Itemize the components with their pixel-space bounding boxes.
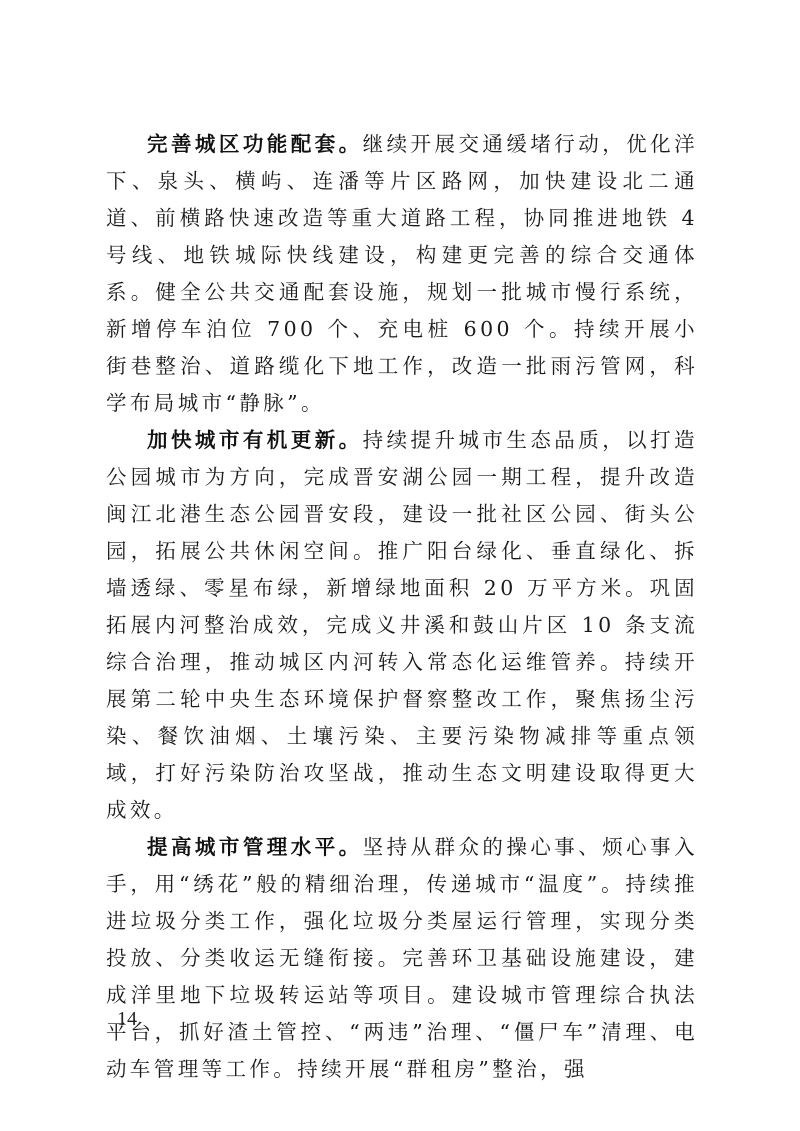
paragraph-urban-management: 提高城市管理水平。坚持从群众的操心事、烦心事入手，用“绣花”般的精细治理，传递城… [106,829,698,1088]
paragraph-text: 持续提升城市生态品质，以打造公园城市为方向，完成晋安湖公园一期工程，提升改造闽江… [106,428,698,822]
paragraph-heading: 完善城区功能配套。 [147,132,363,156]
paragraph-improve-urban-facilities: 完善城区功能配套。继续开展交通缓堵行动，优化洋下、泉头、横屿、连潘等片区路网，加… [106,126,698,422]
paragraph-text: 坚持从群众的操心事、烦心事入手，用“绣花”般的精细治理，传递城市“温度”。持续推… [106,835,698,1081]
paragraph-heading: 加快城市有机更新。 [147,428,363,452]
paragraph-urban-renewal: 加快城市有机更新。持续提升城市生态品质，以打造公园城市为方向，完成晋安湖公园一期… [106,422,698,829]
document-body: 完善城区功能配套。继续开展交通缓堵行动，优化洋下、泉头、横屿、连潘等片区路网，加… [106,126,698,1088]
paragraph-text: 继续开展交通缓堵行动，优化洋下、泉头、横屿、连潘等片区路网，加快建设北二通道、前… [106,132,698,415]
document-page: 完善城区功能配套。继续开展交通缓堵行动，优化洋下、泉头、横屿、连潘等片区路网，加… [0,0,800,1131]
paragraph-heading: 提高城市管理水平。 [147,835,363,859]
page-number: 14 [117,1008,137,1031]
